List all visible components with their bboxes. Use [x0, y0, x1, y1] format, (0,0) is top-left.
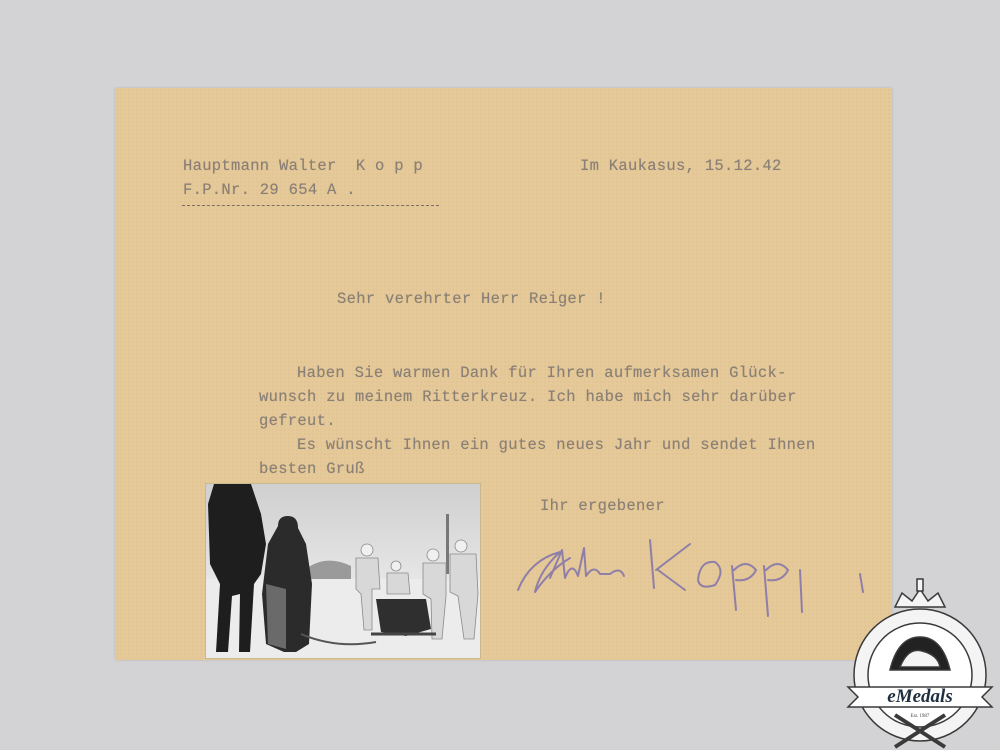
closing: Ihr ergebener	[540, 497, 665, 515]
sender-fieldpost-number: F.P.Nr. 29 654 A .	[183, 181, 356, 199]
emedals-watermark-badge: eMedals Est. 1987	[840, 575, 1000, 750]
body-line-3: gefreut.	[259, 412, 336, 430]
body-line-5: besten Gruß	[259, 460, 365, 478]
sender-name: Hauptmann Walter K o p p	[183, 157, 423, 175]
attached-photograph	[205, 483, 481, 659]
place-date: Im Kaukasus, 15.12.42	[580, 157, 782, 175]
salutation: Sehr verehrter Herr Reiger !	[337, 290, 606, 308]
emedals-logo-text: eMedals	[887, 686, 952, 707]
handwritten-signature: Walter Kopp	[510, 530, 880, 620]
winter-soldiers-photo-icon	[206, 484, 480, 658]
established-text: Est. 1987	[911, 714, 930, 719]
header-underline	[182, 205, 439, 206]
body-line-1: Haben Sie warmen Dank für Ihren aufmerks…	[249, 364, 787, 382]
body-line-2: wunsch zu meinem Ritterkreuz. Ich habe m…	[259, 388, 797, 406]
body-line-4: Es wünscht Ihnen ein gutes neues Jahr un…	[249, 436, 816, 454]
